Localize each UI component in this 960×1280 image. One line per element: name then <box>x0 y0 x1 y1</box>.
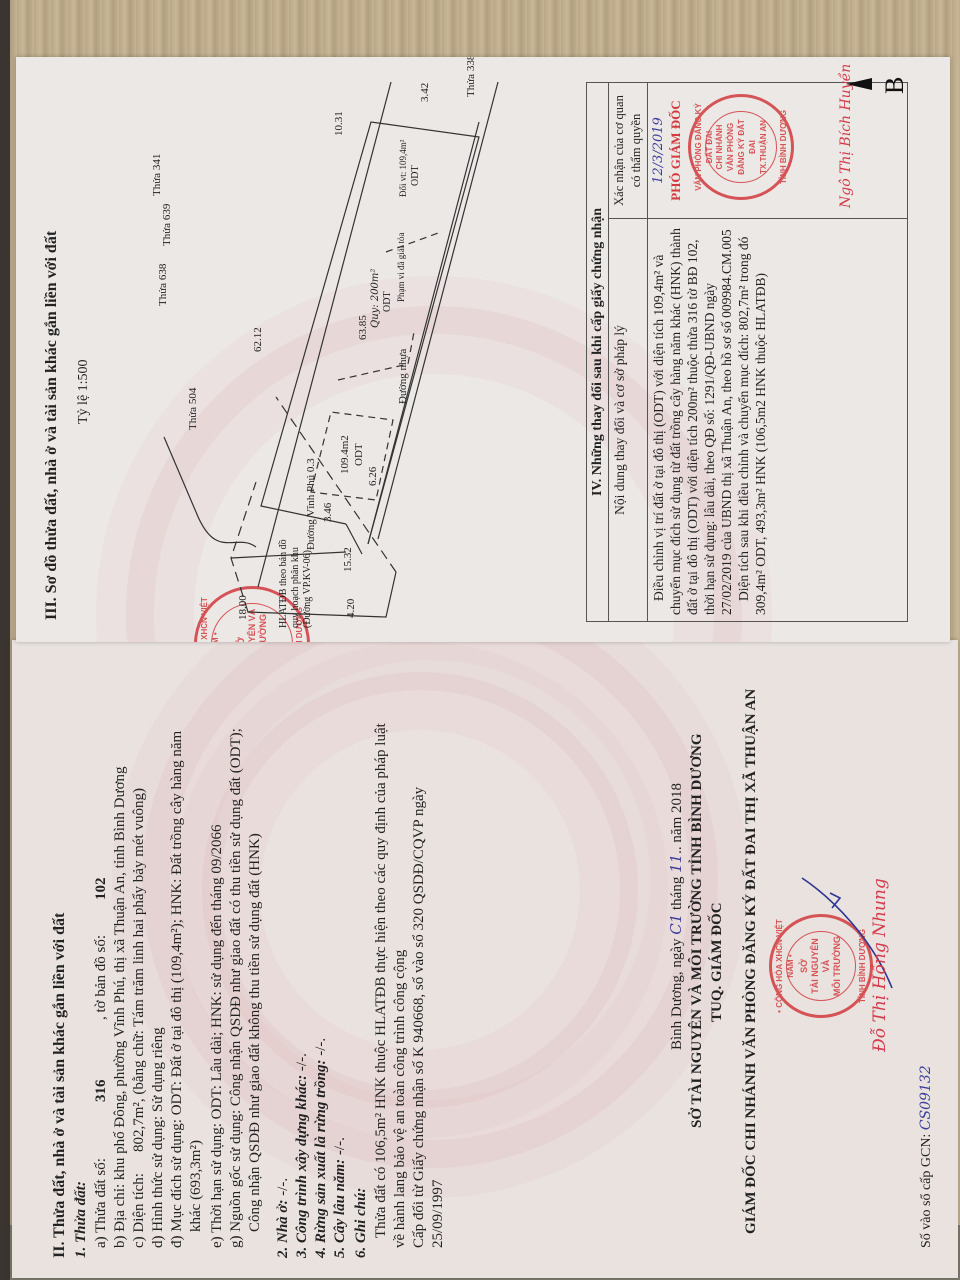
parcel-area-label: c) Diện tích: <box>130 1173 149 1248</box>
issue-date-line: Bình Dương, ngày C1 tháng 11.. năm 2018 <box>667 783 687 1050</box>
dim-3-46: 3.46 <box>322 502 334 522</box>
land-certificate-spread: II. Thửa đất, nhà ở và tài sản khác gắn … <box>0 0 960 1280</box>
usage-term: e) Thời hạn sử dụng: ODT: Lâu dài; HNK: … <box>208 824 227 1248</box>
parcel-area-value: 802,7m², (bằng chữ: Tám trăm linh hai ph… <box>130 788 149 1152</box>
notes-line2: về hành lang bảo vệ an toàn công trình c… <box>391 950 410 1248</box>
usage-purpose-line1: đ) Mục đích sử dụng: ODT: Đất ở tại đô t… <box>168 731 187 1248</box>
hlatdb-label-2: quy hoạch phân khu <box>290 547 301 628</box>
dim-15-32: 15.32 <box>342 547 354 572</box>
item-perennial-trees: 5. Cây lâu năm: -/-. <box>331 1137 350 1258</box>
changes-col-content-header: Nội dung thay đổi và cơ sở pháp lý <box>609 219 648 622</box>
change-line: đất ở tại đô thị (ODT) với diện tích 200… <box>684 225 701 615</box>
dim-62-12: 62.12 <box>252 327 264 352</box>
right-page: III. Sơ đồ thửa đất, nhà ở và tài sản kh… <box>16 57 950 642</box>
odt-new-code: ODT <box>382 291 393 312</box>
left-page: II. Thửa đất, nhà ở và tài sản khác gắn … <box>12 640 958 1278</box>
road-asphalt-label: Đường nhựa <box>397 349 409 404</box>
dim-3-42: 3.42 <box>419 83 431 102</box>
change-line: chuyển mục đích sử dụng từ đất trồng cây… <box>667 225 684 615</box>
item-house: 2. Nhà ở: -/-. <box>274 1178 293 1258</box>
parcel-sketch-map: Thửa 504 Thửa 638 Thửa 639 Thửa 341 Thửa… <box>86 57 606 642</box>
signer-title: GIÁM ĐỐC CHI NHÁNH VĂN PHÒNG ĐĂNG KÝ ĐẤT… <box>742 689 761 1234</box>
north-arrow-icon <box>846 78 872 90</box>
dim-6-26: 6.26 <box>367 466 379 486</box>
usage-purpose-line2: khác (693,3m²) <box>187 1140 206 1232</box>
issuing-authority: SỞ TÀI NGUYÊN VÀ MÔI TRƯỜNG TỈNH BÌNH DƯ… <box>688 734 707 1129</box>
thua-504-label: Thửa 504 <box>187 387 199 430</box>
changes-table-title: IV. Những thay đổi sau khi cấp giấy chứn… <box>587 83 609 622</box>
change-line: thời hạn sử dụng: lâu dài, theo QĐ số: 1… <box>701 225 718 615</box>
usage-origin-line2: Công nhận QSDĐ như giao đất không thu ti… <box>246 833 265 1232</box>
usage-origin-line1: g) Nguồn gốc sử dụng: Công nhận QSDĐ như… <box>227 728 246 1248</box>
change-line: 27/02/2019 của UBND thị xã Thuận An, the… <box>718 225 735 615</box>
dim-4-20: 4.20 <box>345 598 357 618</box>
registration-office-stamp: VĂN PHÒNG ĐĂNG KÝ ĐẤT ĐAI CHI NHÁNH VĂN … <box>688 94 794 200</box>
on-behalf-label: TUQ. GIÁM ĐỐC <box>708 902 727 1022</box>
changes-content-cell: Điều chỉnh vị trí đất ở tại đô thị (ODT)… <box>648 219 908 622</box>
north-arrow: B <box>880 77 910 94</box>
clearance-label: Phạm vi đã giải tỏa <box>396 233 406 303</box>
thua-639-label: Thửa 639 <box>161 203 173 246</box>
odt-old-code: ODT <box>353 443 365 466</box>
confirm-title: PHÓ GIÁM ĐỐC <box>667 89 684 212</box>
hlatdb-label-1: HLATĐB theo bản đồ <box>278 539 289 628</box>
change-line: 309,4m² ODT, 493,3m² HNK (106,5m2 HNK th… <box>752 225 769 615</box>
register-number: Số vào sổ cấp GCN: CS09132 <box>917 1065 936 1248</box>
change-line: Điều chỉnh vị trí đất ở tại đô thị (ODT)… <box>650 225 667 615</box>
thua-638-label: Thửa 638 <box>157 263 169 306</box>
notes-line1: Thửa đất có 106,5m² HNK thuộc HLATĐB thự… <box>372 723 391 1238</box>
hlatdb-label-3: (Đường VP.KV-06) <box>302 550 313 628</box>
signer-name-left: Đỗ Thị Hồng Nhung <box>870 878 890 1052</box>
blue-signature-left <box>772 858 912 998</box>
item-planted-forest: 4. Rừng sản xuất là rừng trồng: -/-. <box>312 1038 331 1258</box>
parcel-heading: 1. Thửa đất: <box>72 1181 91 1258</box>
changes-confirm-cell: 12/3/2019 PHÓ GIÁM ĐỐC VĂN PHÒNG ĐĂNG KÝ… <box>648 83 908 219</box>
odt-old-area: 109.4m2 <box>339 435 351 474</box>
dim-10-31: 10.31 <box>333 111 345 136</box>
notes-heading: 6. Ghi chú: <box>352 1188 371 1258</box>
notes-line3: Cấp đổi từ Giấy chứng nhận số K 940668, … <box>410 787 429 1248</box>
parcel-address: b) Địa chỉ: khu phố Đông, phường Vĩnh Ph… <box>111 766 130 1248</box>
dim-63-85: 63.85 <box>357 315 369 340</box>
usage-form: d) Hình thức sử dụng: Sử dụng riêng <box>149 1027 168 1248</box>
section-ii-title: II. Thửa đất, nhà ở và tài sản khác gắn … <box>50 913 69 1258</box>
changes-table: IV. Những thay đổi sau khi cấp giấy chứn… <box>586 82 908 622</box>
road-vinh-phu-label: Đường Vĩnh Phú 0.3 <box>305 458 317 550</box>
changes-col-confirm-header: Xác nhận của cơ quan có thẩm quyền <box>609 83 648 219</box>
north-label: B <box>880 77 909 94</box>
map-sheet-value: 102 <box>92 878 111 901</box>
thua-341-label: Thửa 341 <box>151 154 163 196</box>
section-iii-title: III. Sơ đồ thửa đất, nhà ở và tài sản kh… <box>42 231 61 620</box>
dim-18-00: 18.00 <box>237 595 249 620</box>
parcel-number-value: 316 <box>92 1080 111 1103</box>
parcel-number-label: a) Thửa đất số: <box>92 1158 111 1248</box>
item-other-construction: 3. Công trình xây dựng khác: -/-. <box>293 1053 312 1258</box>
notes-line4: 25/09/1997 <box>429 1180 448 1248</box>
confirm-date: 12/3/2019 <box>650 89 667 212</box>
thua-338-label: Thửa 338 <box>465 57 477 97</box>
change-line: Diện tích sau khi điều chỉnh và chuyển m… <box>735 225 752 615</box>
odt-moved-area: Đổi vt: 109,4m² <box>398 139 408 197</box>
odt-moved-code: ODT <box>410 165 421 186</box>
odt-new-area: Quy: 200m² <box>370 269 381 328</box>
map-sheet-label: , tờ bản đồ số: <box>92 935 111 1020</box>
